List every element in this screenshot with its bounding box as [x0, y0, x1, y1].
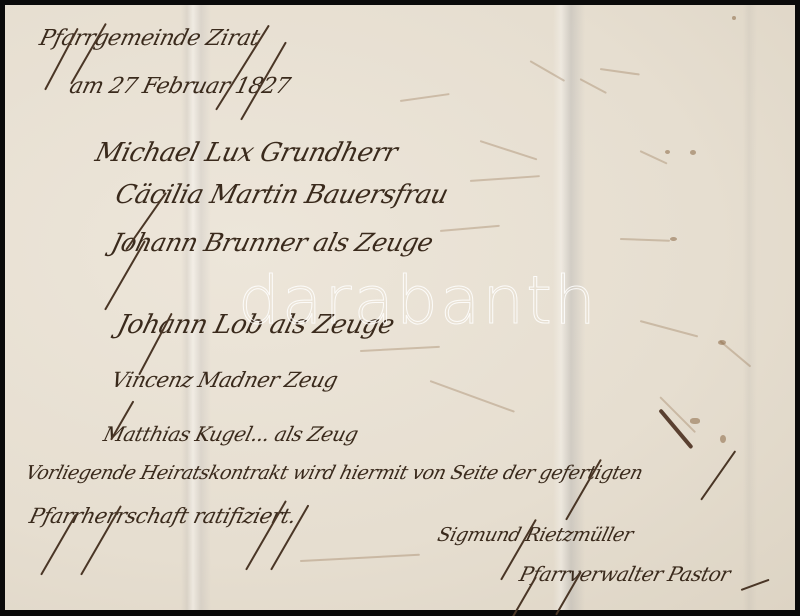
name-line-5: Vincenz Madner Zeug — [109, 368, 340, 392]
name-line-1: Michael Lux Grundherr — [92, 138, 400, 168]
watermark: darabanth — [238, 262, 598, 339]
name-line-6: Matthias Kugel... als Zeug — [101, 422, 360, 446]
signature-line-2: Pfarrverwalter Pastor — [517, 562, 733, 586]
signature-line-1: Sigmund Rietzmüller — [435, 524, 635, 546]
name-line-3: Johann Brunner als Zeuge — [108, 228, 436, 257]
body-line-1: Vorliegende Heiratskontrakt wird hiermit… — [23, 462, 645, 484]
